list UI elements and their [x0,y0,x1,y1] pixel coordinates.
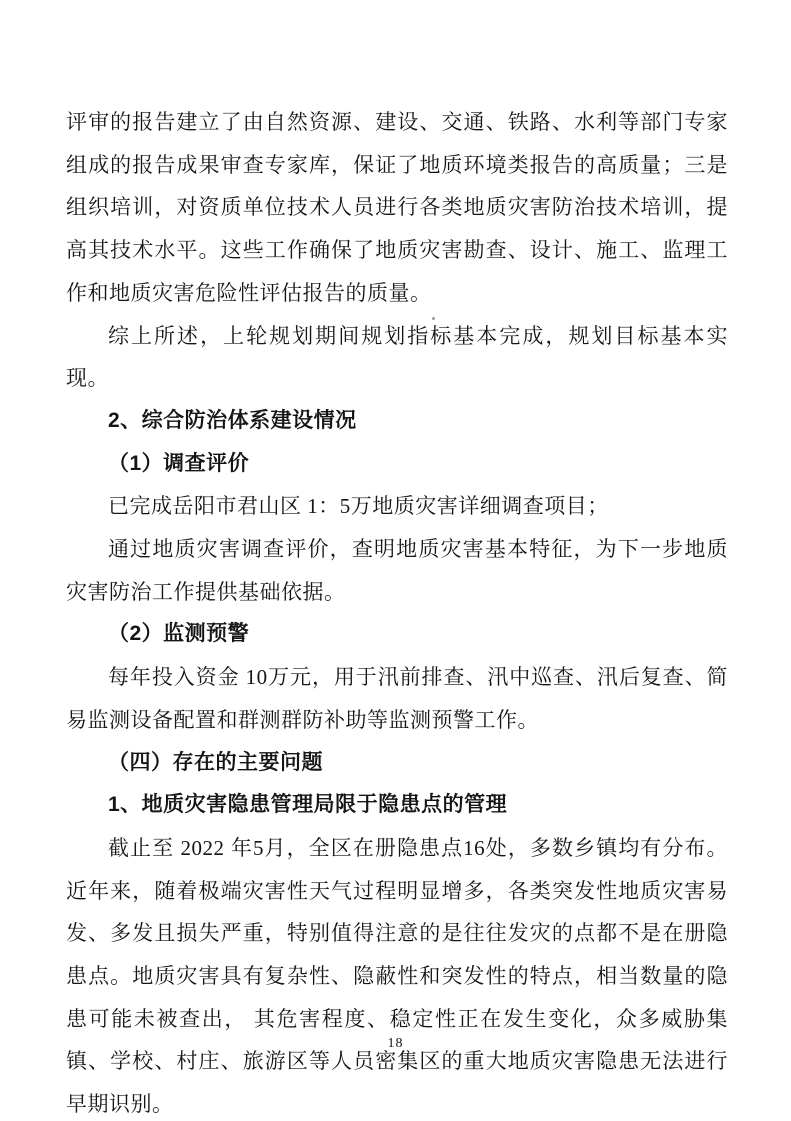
document-body: 评审的报告建立了由自然资源、建设、交通、铁路、水利等部门专家组成的报告成果审查专… [66,101,728,1121]
body-paragraph: 评审的报告建立了由自然资源、建设、交通、铁路、水利等部门专家组成的报告成果审查专… [66,101,728,315]
page-number: 18 [0,1036,791,1052]
body-paragraph: 综上所述，上轮规划期间规划指标基本完成，规划目标基本实现。 [66,315,728,400]
body-paragraph: 截止至 2022 年5月，全区在册隐患点16处，多数乡镇均有分布。近年来，随着极… [66,827,728,1121]
body-paragraph: 通过地质灾害调查评价，查明地质灾害基本特征，为下一步地质灾害防治工作提供基础依据… [66,528,728,613]
document-page: 评审的报告建立了由自然资源、建设、交通、铁路、水利等部门专家组成的报告成果审查专… [0,0,791,1121]
speck-artifact [432,317,435,320]
section-heading: （四）存在的主要问题 [66,742,728,785]
body-paragraph: 每年投入资金 10万元，用于汛前排查、汛中巡查、汛后复查、简易监测设备配置和群测… [66,656,728,741]
section-heading: （2）监测预警 [66,613,728,656]
section-heading: 1、地质灾害隐患管理局限于隐患点的管理 [66,784,728,827]
section-heading: 2、综合防治体系建设情况 [66,400,728,443]
section-heading: （1）调查评价 [66,443,728,486]
body-paragraph: 已完成岳阳市君山区 1：5万地质灾害详细调查项目； [66,485,728,528]
